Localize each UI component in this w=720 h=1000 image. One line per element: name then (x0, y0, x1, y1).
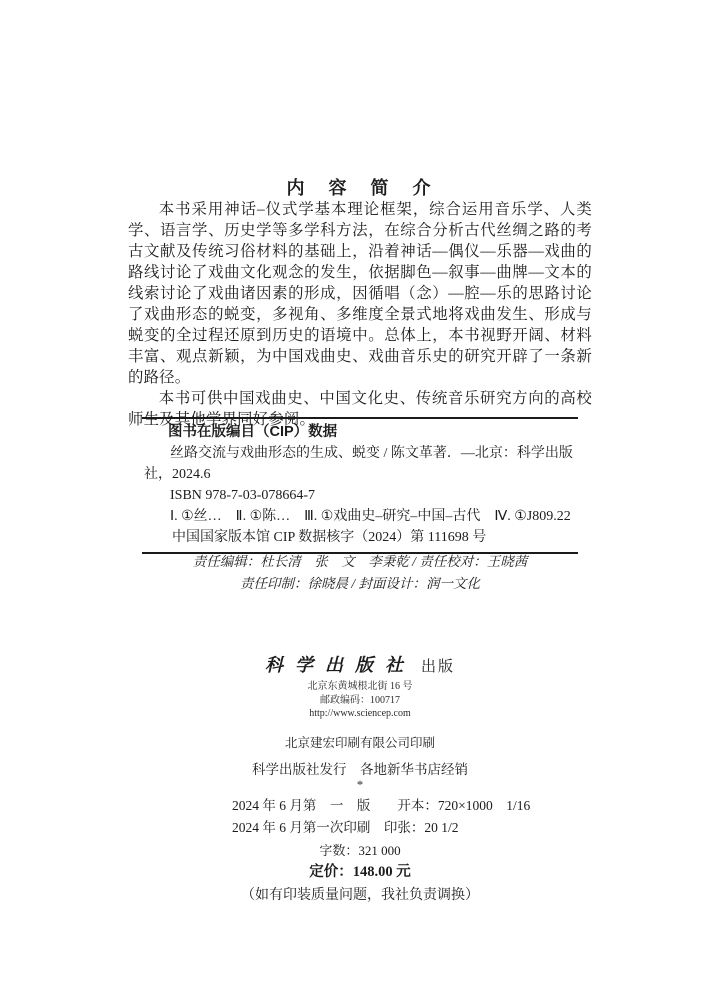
cip-data-box: 图书在版编目（CIP）数据 丝路交流与戏曲形态的生成、蜕变 / 陈文革著．—北京… (142, 417, 578, 554)
quality-notice: （如有印装质量问题，我社负责调换） (0, 884, 720, 904)
impression-line: 2024 年 6 月第一次印刷 印张：20 1/2 (232, 817, 530, 839)
book-copyright-page: 内 容 简 介 本书采用神话–仪式学基本理论框架，综合运用音乐学、人类学、语言学… (0, 0, 720, 1000)
publisher-publish-label: 出版 (421, 659, 455, 675)
cip-classification: Ⅰ. ①丝… Ⅱ. ①陈… Ⅲ. ①戏曲史–研究–中国–古代 Ⅳ. ①J809.… (142, 506, 578, 527)
publisher-logo-text: 科学出版社 (265, 655, 415, 675)
publisher-postcode: 邮政编码：100717 (0, 694, 720, 708)
cip-entry-line-2: 社，2024.6 (142, 464, 578, 485)
publisher-address-block: 北京东黄城根北街 16 号 邮政编码：100717 http://www.sci… (0, 680, 720, 721)
word-count: 字数：321 000 (0, 840, 720, 859)
page-title: 内 容 简 介 (0, 174, 720, 200)
asterisk-separator: * (0, 777, 720, 793)
cip-registry-number: 中国国家版本馆 CIP 数据核字（2024）第 111698 号 (142, 527, 578, 548)
intro-paragraph-1: 本书采用神话–仪式学基本理论框架，综合运用音乐学、人类学、语言学、历史学等多学科… (128, 199, 592, 388)
distribution-info: 科学出版社发行 各地新华书店经销 (0, 758, 720, 778)
edition-details: 2024 年 6 月第 一 版 开本：720×1000 1/16 2024 年 … (232, 795, 530, 839)
credits-print-design: 责任印制：徐晓晨 / 封面设计：润一文化 (0, 573, 720, 595)
credits-editors: 责任编辑：杜长清 张 文 李秉乾 / 责任校对：王晓茜 (0, 551, 720, 573)
publisher-line: 科学出版社 出版 (0, 651, 720, 677)
printer-info: 北京建宏印刷有限公司印刷 (0, 733, 720, 751)
cip-heading: 图书在版编目（CIP）数据 (142, 422, 578, 443)
cip-isbn: ISBN 978-7-03-078664-7 (142, 485, 578, 506)
cip-entry-line-1: 丝路交流与戏曲形态的生成、蜕变 / 陈文革著．—北京：科学出版 (142, 443, 578, 464)
staff-credits: 责任编辑：杜长清 张 文 李秉乾 / 责任校对：王晓茜 责任印制：徐晓晨 / 封… (0, 551, 720, 595)
edition-line: 2024 年 6 月第 一 版 开本：720×1000 1/16 (232, 795, 530, 817)
publisher-address: 北京东黄城根北街 16 号 (0, 680, 720, 694)
publisher-website: http://www.sciencep.com (0, 707, 720, 721)
price: 定价：148.00 元 (0, 860, 720, 881)
content-summary: 本书采用神话–仪式学基本理论框架，综合运用音乐学、人类学、语言学、历史学等多学科… (128, 199, 592, 430)
